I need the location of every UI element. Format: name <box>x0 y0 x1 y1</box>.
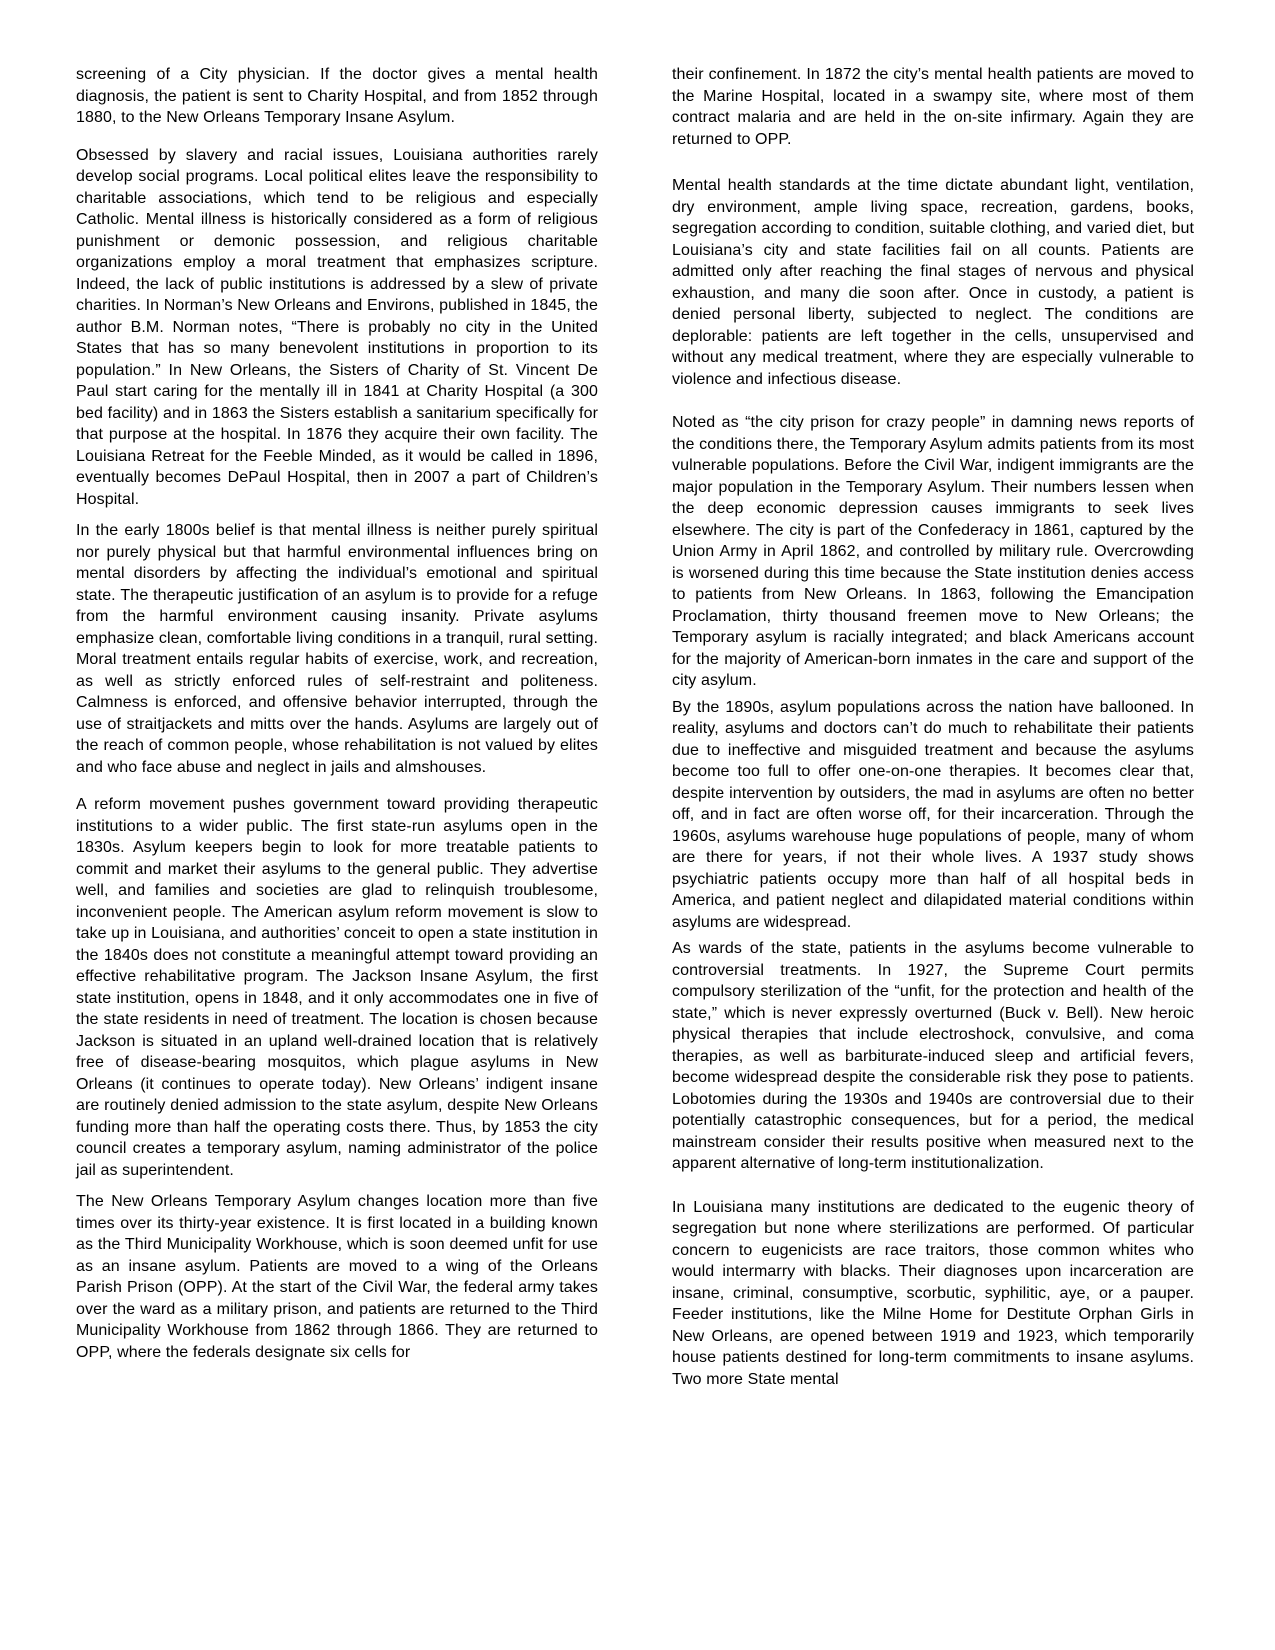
paragraph: As wards of the state, patients in the a… <box>672 938 1194 1175</box>
paragraph: By the 1890s, asylum populations across … <box>672 697 1194 934</box>
paragraph: A reform movement pushes government towa… <box>76 794 598 1181</box>
paragraph: Mental health standards at the time dict… <box>672 175 1194 390</box>
paragraph: In the early 1800s belief is that mental… <box>76 520 598 778</box>
two-column-layout: screening of a City physician. If the do… <box>76 64 1195 1390</box>
left-column: screening of a City physician. If the do… <box>76 64 598 1390</box>
paragraph: The New Orleans Temporary Asylum changes… <box>76 1191 598 1363</box>
document-page: screening of a City physician. If the do… <box>0 0 1275 1650</box>
paragraph: In Louisiana many institutions are dedic… <box>672 1197 1194 1391</box>
right-column: their confinement. In 1872 the city’s me… <box>672 64 1194 1390</box>
paragraph: their confinement. In 1872 the city’s me… <box>672 64 1194 150</box>
paragraph: Obsessed by slavery and racial issues, L… <box>76 145 598 511</box>
paragraph: Noted as “the city prison for crazy peop… <box>672 412 1194 692</box>
paragraph: screening of a City physician. If the do… <box>76 64 598 129</box>
